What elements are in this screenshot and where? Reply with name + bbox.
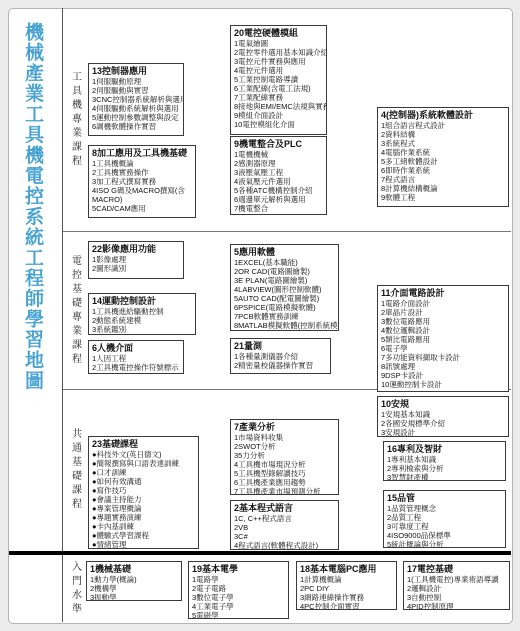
course-item: 2邏輯設計: [407, 584, 506, 593]
course-item: 8計算機結構概論: [381, 184, 505, 193]
row-label-text: 工具機專業課程: [68, 71, 83, 169]
course-item: 8MATLAB模擬軟體(控制系統模擬): [234, 321, 335, 330]
course-item: 7多功能資料擷取卡設計: [381, 353, 505, 362]
course-item: 5電磁學: [192, 611, 285, 619]
course-box-title: 22影像應用功能: [92, 244, 180, 255]
course-item: 8接地與EMI/EMC法規與實務: [234, 102, 323, 111]
course-item: 3安規設計: [381, 428, 505, 437]
learning-map-diagram: 機械產業工具機電控系統工程師學習地圖 工具機專業課程 電控基礎專業課程 共通基礎…: [0, 0, 520, 631]
course-item: ●體驗式學習課程: [92, 531, 195, 540]
course-item: 3智慧財產權: [387, 473, 502, 481]
course-box-title: 15品管: [387, 493, 502, 504]
course-item: 1各種量測儀器介紹: [234, 352, 327, 361]
course-item: 3C#: [234, 532, 335, 541]
course-box-10: 10安規1安規基本知識2各國安規標準介紹3安規設計: [377, 396, 509, 437]
course-item: 4液氣壓元件選用: [234, 177, 323, 186]
course-item: 4程式語言(軟體程式設計): [234, 541, 335, 550]
course-item: 2VB: [234, 523, 335, 532]
course-box-title: 9機電整合及PLC: [234, 139, 323, 150]
course-item: 1電氣繪圖: [234, 39, 323, 48]
course-item: 1工具機進給驅動控制: [92, 307, 192, 316]
course-item: 3數位電子學: [192, 593, 285, 602]
course-item: 2圖形識別: [92, 264, 180, 273]
course-box-title: 19基本電學: [192, 564, 285, 575]
course-item: 1C, C++程式語言: [234, 514, 335, 523]
course-item: 6電子學: [381, 344, 505, 353]
course-box-title: 14運動控制設計: [92, 296, 192, 307]
course-box-23: 23基礎課程●科技外文(英日德文)●簡報撰寫與口語表達訓練●口才訓練●如何有效溝…: [88, 436, 199, 549]
course-item: 5AUTO CAD(配電圖繪製): [234, 294, 335, 303]
course-item: 5統計概論與分析: [387, 540, 502, 548]
row-label-electrical-control: 電控基礎專業課程: [63, 232, 87, 389]
course-item: 5工具機型錄解讀技巧: [234, 469, 335, 478]
page-title: 機械產業工具機電控系統工程師學習地圖: [17, 22, 47, 400]
course-item: 2機構學: [90, 584, 178, 593]
course-item: 6PSPICE(電路模擬軟體): [234, 303, 335, 312]
course-item: 6工具機產業應用趨勢: [234, 478, 335, 487]
course-item: 7工業配線實務: [234, 93, 323, 102]
course-item: 1人因工程: [92, 354, 180, 363]
course-box-title: 6人機介面: [92, 343, 180, 354]
course-box-1: 1機械基礎1動力學(概論)2機構學3振動學: [86, 561, 182, 601]
course-item: 7機電整合: [234, 204, 323, 213]
course-item: 1電路學: [192, 575, 285, 584]
course-item: 4工業電子學: [192, 602, 285, 611]
course-item: ●科技外文(英日德文): [92, 450, 195, 459]
course-item: 10運動控制卡設計: [381, 380, 505, 389]
course-item: 4ISO G碼及MACRO撰寫(含MACRO): [92, 186, 192, 204]
course-item: 4伺服驅動系統解析與選用: [92, 104, 180, 113]
course-item: 1(工具機電控)專業術語導讀: [407, 575, 506, 584]
course-box-title: 23基礎課程: [92, 439, 195, 450]
course-item: 5CAD/CAM應用: [92, 204, 192, 213]
course-box-title: 4(控制器)系統軟體設計: [381, 110, 505, 121]
course-box-title: 16專利及智財: [387, 444, 502, 455]
course-item: 2工具機實務操作: [92, 168, 192, 177]
course-box-18: 18基本電腦PC應用1計算機概論2PC DIY3網路連線操作實務4PC控制介面實…: [296, 561, 397, 610]
course-item: 2品質工程: [387, 513, 502, 522]
course-item: 7工具機產業市場預測分析: [234, 487, 335, 495]
course-item: 2電控零件選用基本知識介紹: [234, 48, 323, 57]
course-item: 2單晶片設計: [381, 308, 505, 317]
course-item: 4ISO9000品保標準: [387, 531, 502, 540]
course-item: 1計算機概論: [300, 575, 393, 584]
course-item: 4工具機市場現況分析: [234, 460, 335, 469]
course-item: 2OR CAD(電路圖繪製): [234, 267, 335, 276]
course-box-9: 9機電整合及PLC1電機機械2感測器原理3液壓氣壓工程4液氣壓元件選用5各種AT…: [230, 136, 327, 215]
course-item: 3可靠度工程: [387, 522, 502, 531]
course-box-title: 13控制器應用: [92, 66, 180, 77]
course-item: 9DSP卡設計: [381, 371, 505, 380]
course-item: 5各種ATC機構控制介紹: [234, 186, 323, 195]
course-item: 4LABVIEW(圖形控制軟體): [234, 285, 335, 294]
course-box-title: 8加工應用及工具機基礎: [92, 148, 192, 159]
course-box-6: 6人機介面1人因工程2工具機電控操作符號標示: [88, 340, 184, 374]
course-item: 3加工程式撰寫實務: [92, 177, 192, 186]
course-item: 9模組介面設計: [234, 111, 323, 120]
row-label-common-basic: 共通基礎課程: [63, 389, 87, 551]
course-box-title: 10安規: [381, 399, 505, 410]
course-box-title: 18基本電腦PC應用: [300, 564, 393, 575]
course-box-21: 21量測1各種量測儀器介紹2精密量校儀器操作實習: [230, 338, 331, 374]
course-item: 6即時作業系統: [381, 166, 505, 175]
course-box-22: 22影像應用功能1影像處理2圖形識別: [88, 241, 184, 279]
course-box-8: 8加工應用及工具機基礎1工具機概論2工具機實務操作3加工程式撰寫實務4ISO G…: [88, 145, 196, 218]
course-item: ●專題實務演練: [92, 513, 195, 522]
course-item: ●簡報撰寫與口語表達訓練: [92, 459, 195, 468]
course-item: 3E PLAN(電路圖繪製): [234, 276, 335, 285]
course-item: 2資料結構: [381, 130, 505, 139]
course-item: 2各國安規標準介紹: [381, 419, 505, 428]
course-item: ●卡內基訓練: [92, 522, 195, 531]
course-item: 7PCB軟體實務訓練: [234, 312, 335, 321]
course-item: ●寫作技巧: [92, 486, 195, 495]
row-label-machine-tool: 工具機專業課程: [63, 8, 87, 231]
course-item: 3系統鑑別: [92, 325, 192, 334]
row-divider-1: [63, 231, 511, 232]
course-item: ●會議主持能力: [92, 495, 195, 504]
course-item: 1組合語言程式設計: [381, 121, 505, 130]
course-item: 1EXCEL(基本職能): [234, 258, 335, 267]
course-item: 8訊號處理: [381, 362, 505, 371]
course-box-16: 16專利及智財1專利基本知識2專利檢索與分析3智慧財產權: [383, 441, 506, 481]
course-box-4: 4(控制器)系統軟體設計1組合語言程式設計2資料結構3系統程式4電腦作業系統5多…: [377, 107, 509, 207]
course-box-title: 7產業分析: [234, 422, 335, 433]
course-item: 2伺服驅動與實習: [92, 86, 180, 95]
course-item: 2感測器原理: [234, 159, 323, 168]
course-item: 1市場資料收集: [234, 433, 335, 442]
course-item: 3自動控制: [407, 593, 506, 602]
course-item: 1專利基本知識: [387, 455, 502, 464]
course-item: 5多工緒軟體設計: [381, 157, 505, 166]
course-item: 2工具機電控操作符號標示: [92, 363, 180, 372]
course-item: ●如何有效溝通: [92, 477, 195, 486]
course-item: 6週邊單元解析與選用: [234, 195, 323, 204]
course-item: 6工業配線(含電工法規): [234, 84, 323, 93]
row-label-text: 電控基礎專業課程: [68, 255, 83, 367]
course-item: 4PID控制原理: [407, 602, 506, 610]
course-item: ●情緒管理: [92, 540, 195, 549]
course-item: 9軟體工程: [381, 193, 505, 202]
course-box-11: 11介面電路設計1電路介面設計2單晶片設計3數位電路應用4數位邏輯設計5類比電路…: [377, 285, 509, 392]
course-item: 4電控元件選用: [234, 66, 323, 75]
course-item: 35力分析: [234, 451, 335, 460]
course-item: ●專案管理概論: [92, 504, 195, 513]
course-item: 1安規基本知識: [381, 410, 505, 419]
course-item: 3振動學: [90, 593, 178, 601]
row-label-text: 入門水準: [68, 561, 83, 617]
course-item: 4數位邏輯設計: [381, 326, 505, 335]
course-item: 3系統程式: [381, 139, 505, 148]
course-box-5: 5應用軟體1EXCEL(基本職能)2OR CAD(電路圖繪製)3E PLAN(電…: [230, 244, 339, 331]
course-box-title: 20電控硬體模組: [234, 28, 323, 39]
course-item: 5類比電路應用: [381, 335, 505, 344]
course-box-7: 7產業分析1市場資料收集2SWOT分析35力分析4工具機市場現況分析5工具機型錄…: [230, 419, 339, 495]
course-item: 2電子電路: [192, 584, 285, 593]
course-box-title: 21量測: [234, 341, 327, 352]
course-item: 3電控元件實務與應用: [234, 57, 323, 66]
course-item: 1電路介面設計: [381, 299, 505, 308]
course-item: 1工具機概論: [92, 159, 192, 168]
course-item: 3網路連線操作實務: [300, 593, 393, 602]
course-item: 2專利檢索與分析: [387, 464, 502, 473]
course-box-title: 2基本程式語言: [234, 503, 335, 514]
course-box-title: 11介面電路設計: [381, 288, 505, 299]
course-item: 1品質管理概念: [387, 504, 502, 513]
course-item: 3數位電路應用: [381, 317, 505, 326]
course-box-title: 1機械基礎: [90, 564, 178, 575]
course-item: 3液壓氣壓工程: [234, 168, 323, 177]
course-item: 3CNC控制器系統解析與選用: [92, 95, 180, 104]
course-item: 1動力學(概論): [90, 575, 178, 584]
course-item: 7程式語言: [381, 175, 505, 184]
course-item: 1電機機械: [234, 150, 323, 159]
course-item: ●口才訓練: [92, 468, 195, 477]
course-box-14: 14運動控制設計1工具機進給驅動控制2動態系統建模3系統鑑別: [88, 293, 196, 335]
course-item: 1影像處理: [92, 255, 180, 264]
course-box-15: 15品管1品質管理概念2品質工程3可靠度工程4ISO9000品保標準5統計概論與…: [383, 490, 506, 548]
course-item: 2SWOT分析: [234, 442, 335, 451]
course-box-title: 5應用軟體: [234, 247, 335, 258]
course-box-20: 20電控硬體模組1電氣繪圖2電控零件選用基本知識介紹3電控元件實務與應用4電控元…: [230, 25, 327, 135]
course-box-19: 19基本電學1電路學2電子電路3數位電子學4工業電子學5電磁學: [188, 561, 289, 619]
course-item: 5運動控制參數調整與設定: [92, 113, 180, 122]
course-box-2: 2基本程式語言1C, C++程式語言2VB3C#4程式語言(軟體程式設計): [230, 500, 339, 550]
course-item: 1伺服驅動原理: [92, 77, 180, 86]
course-item: 5工業控制電路導讀: [234, 75, 323, 84]
course-item: 4電腦作業系統: [381, 148, 505, 157]
course-item: 2PC DIY: [300, 584, 393, 593]
course-item: 4PC控制介面實習: [300, 602, 393, 610]
course-box-title: 17電控基礎: [407, 564, 506, 575]
course-item: 2精密量校儀器操作實習: [234, 361, 327, 370]
row-label-text: 共通基礎課程: [68, 428, 83, 512]
course-item: 2動態系統建模: [92, 316, 192, 325]
course-box-17: 17電控基礎1(工具機電控)專業術語導讀2邏輯設計3自動控制4PID控制原理: [403, 561, 510, 610]
course-item: 6調機軟體操作實習: [92, 122, 180, 131]
course-item: 10電控模組化介面: [234, 120, 323, 129]
row-label-entry-level: 入門水準: [63, 555, 87, 622]
course-box-13: 13控制器應用1伺服驅動原理2伺服驅動與實習3CNC控制器系統解析與選用4伺服驅…: [88, 63, 184, 136]
